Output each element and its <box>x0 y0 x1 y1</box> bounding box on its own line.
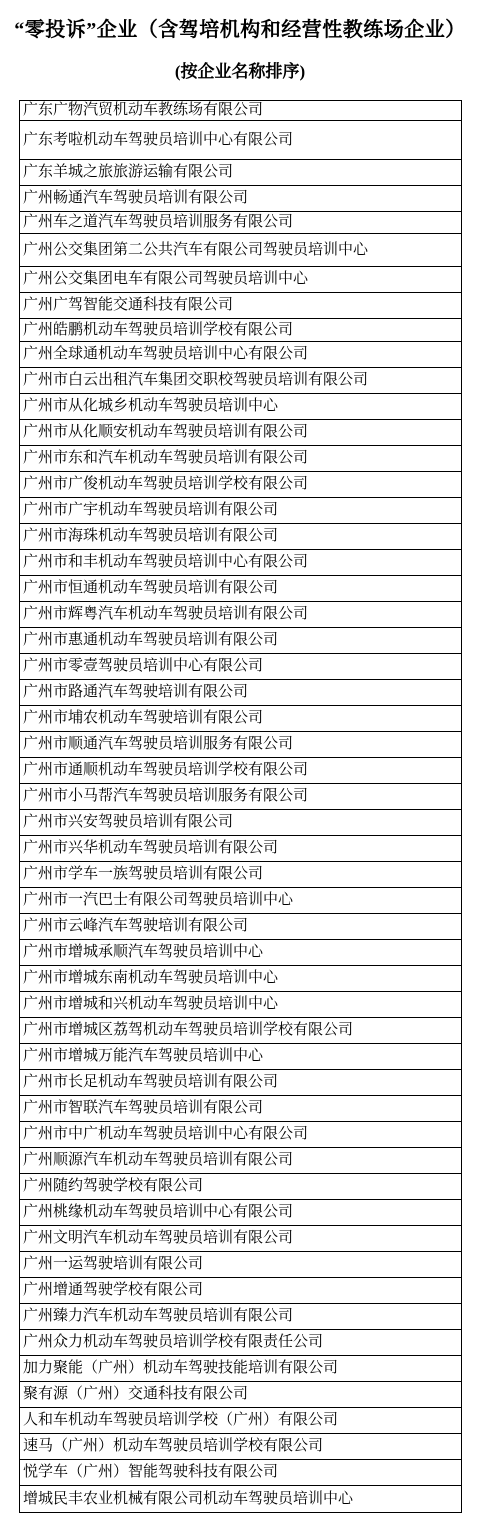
table-row: 广州臻力汽车机动车驾驶员培训有限公司 <box>20 1304 461 1330</box>
table-row: 广州众力机动车驾驶员培训学校有限责任公司 <box>20 1330 461 1356</box>
company-name: 广东羊城之旅旅游运输有限公司 <box>23 164 233 181</box>
company-name: 广州市惠通机动车驾驶员培训有限公司 <box>23 632 278 649</box>
company-name: 人和车机动车驾驶员培训学校（广州）有限公司 <box>23 1412 338 1429</box>
company-name: 广州市增城和兴机动车驾驶员培训中心 <box>23 996 278 1013</box>
table-row: 广州市路通汽车驾驶培训有限公司 <box>20 680 461 706</box>
company-name: 广州公交集团电车有限公司驾驶员培训中心 <box>23 271 308 288</box>
table-row: 广州市长足机动车驾驶员培训有限公司 <box>20 1070 461 1096</box>
table-row: 广州市从化城乡机动车驾驶员培训中心 <box>20 394 461 420</box>
table-row: 广州市智联汽车驾驶员培训有限公司 <box>20 1096 461 1122</box>
table-row: 广州市兴安驾驶员培训有限公司 <box>20 810 461 836</box>
table-row: 广东羊城之旅旅游运输有限公司 <box>20 160 461 186</box>
company-name: 广州市兴安驾驶员培训有限公司 <box>23 814 233 831</box>
company-name: 广州市埔农机动车驾驶培训有限公司 <box>23 710 263 727</box>
company-name: 广州皓鹏机动车驾驶员培训学校有限公司 <box>23 322 293 339</box>
company-name: 悦学车（广州）智能驾驶科技有限公司 <box>23 1464 278 1481</box>
company-name: 广州市零壹驾驶员培训中心有限公司 <box>23 658 263 675</box>
page-subtitle: (按企业名称排序) <box>0 62 480 82</box>
table-row: 广州畅通汽车驾驶员培训有限公司 <box>20 186 461 212</box>
company-name: 广州市一汽巴士有限公司驾驶员培训中心 <box>23 892 293 909</box>
company-name: 广州市增城东南机动车驾驶员培训中心 <box>23 970 278 987</box>
company-name: 广州市辉粤汽车机动车驾驶员培训有限公司 <box>23 606 308 623</box>
table-row: 广州市广俊机动车驾驶员培训学校有限公司 <box>20 472 461 498</box>
company-name: 广州公交集团第二公共汽车有限公司驾驶员培训中心 <box>23 242 368 259</box>
table-row: 广州市增城承顺汽车驾驶员培训中心 <box>20 940 461 966</box>
company-name: 广州车之道汽车驾驶员培训服务有限公司 <box>23 214 293 231</box>
table-row: 广州市小马帮汽车驾驶员培训服务有限公司 <box>20 784 461 810</box>
company-name: 广州市智联汽车驾驶员培训有限公司 <box>23 1100 263 1117</box>
table-row: 广州市海珠机动车驾驶员培训有限公司 <box>20 524 461 550</box>
company-name: 广州市中广机动车驾驶员培训中心有限公司 <box>23 1126 308 1143</box>
table-row: 广州文明汽车机动车驾驶员培训有限公司 <box>20 1226 461 1252</box>
table-row: 广州市增城东南机动车驾驶员培训中心 <box>20 966 461 992</box>
company-name: 广州市恒通机动车驾驶员培训有限公司 <box>23 580 278 597</box>
company-name: 广州市从化顺安机动车驾驶员培训有限公司 <box>23 424 308 441</box>
page-title: “零投诉”企业（含驾培机构和经营性教练场企业） <box>8 18 472 42</box>
company-name: 广州市路通汽车驾驶培训有限公司 <box>23 684 248 701</box>
table-row: 广东广物汽贸机动车教练场有限公司 <box>20 101 461 121</box>
company-name: 广州市增城万能汽车驾驶员培训中心 <box>23 1048 263 1065</box>
table-row: 广州市增城区荔驾机动车驾驶员培训学校有限公司 <box>20 1018 461 1044</box>
table-row: 广州市白云出租汽车集团交职校驾驶员培训有限公司 <box>20 368 461 394</box>
table-row: 广州市和丰机动车驾驶员培训中心有限公司 <box>20 550 461 576</box>
table-row: 广州广驾智能交通科技有限公司 <box>20 293 461 319</box>
table-row: 广东考啦机动车驾驶员培训中心有限公司 <box>20 121 461 160</box>
company-name: 广州桃缘机动车驾驶员培训中心有限公司 <box>23 1204 293 1221</box>
company-name: 广州市长足机动车驾驶员培训有限公司 <box>23 1074 278 1091</box>
table-row: 加力聚能（广州）机动车驾驶技能培训有限公司 <box>20 1356 461 1382</box>
company-name: 广州市和丰机动车驾驶员培训中心有限公司 <box>23 554 308 571</box>
company-table: 广东广物汽贸机动车教练场有限公司 广东考啦机动车驾驶员培训中心有限公司 广东羊城… <box>19 100 462 1513</box>
table-row: 广州市零壹驾驶员培训中心有限公司 <box>20 654 461 680</box>
table-row: 广州增通驾驶学校有限公司 <box>20 1278 461 1304</box>
company-name: 广州全球通机动车驾驶员培训中心有限公司 <box>23 346 308 363</box>
table-row: 广州市恒通机动车驾驶员培训有限公司 <box>20 576 461 602</box>
table-row: 广州公交集团电车有限公司驾驶员培训中心 <box>20 267 461 293</box>
table-row: 广州随约驾驶学校有限公司 <box>20 1174 461 1200</box>
table-row: 广州市惠通机动车驾驶员培训有限公司 <box>20 628 461 654</box>
table-row: 广州市通顺机动车驾驶员培训学校有限公司 <box>20 758 461 784</box>
company-name: 广州市广俊机动车驾驶员培训学校有限公司 <box>23 476 308 493</box>
company-name: 广州市小马帮汽车驾驶员培训服务有限公司 <box>23 788 308 805</box>
company-name: 广州增通驾驶学校有限公司 <box>23 1282 203 1299</box>
company-name: 广州众力机动车驾驶员培训学校有限责任公司 <box>23 1334 323 1351</box>
table-row: 人和车机动车驾驶员培训学校（广州）有限公司 <box>20 1408 461 1434</box>
company-name: 广州市顺通汽车驾驶员培训服务有限公司 <box>23 736 293 753</box>
table-row: 广州市顺通汽车驾驶员培训服务有限公司 <box>20 732 461 758</box>
company-name: 聚有源（广州）交通科技有限公司 <box>23 1386 248 1403</box>
company-name: 广州市云峰汽车驾驶培训有限公司 <box>23 918 248 935</box>
table-row: 广州市东和汽车机动车驾驶员培训有限公司 <box>20 446 461 472</box>
table-row: 广州市埔农机动车驾驶培训有限公司 <box>20 706 461 732</box>
table-row: 广州顺源汽车机动车驾驶员培训有限公司 <box>20 1148 461 1174</box>
table-row: 广州市中广机动车驾驶员培训中心有限公司 <box>20 1122 461 1148</box>
table-row: 增城民丰农业机械有限公司机动车驾驶员培训中心 <box>20 1486 461 1512</box>
table-row: 广州市从化顺安机动车驾驶员培训有限公司 <box>20 420 461 446</box>
table-row: 广州全球通机动车驾驶员培训中心有限公司 <box>20 342 461 368</box>
table-row: 广州一运驾驶培训有限公司 <box>20 1252 461 1278</box>
company-name: 广州市增城承顺汽车驾驶员培训中心 <box>23 944 263 961</box>
company-name: 加力聚能（广州）机动车驾驶技能培训有限公司 <box>23 1360 338 1377</box>
company-name: 广州市东和汽车机动车驾驶员培训有限公司 <box>23 450 308 467</box>
company-name: 广州市增城区荔驾机动车驾驶员培训学校有限公司 <box>23 1022 353 1039</box>
company-name: 广州市通顺机动车驾驶员培训学校有限公司 <box>23 762 308 779</box>
table-row: 广州市辉粤汽车机动车驾驶员培训有限公司 <box>20 602 461 628</box>
table-row: 广州车之道汽车驾驶员培训服务有限公司 <box>20 212 461 234</box>
table-row: 广州公交集团第二公共汽车有限公司驾驶员培训中心 <box>20 234 461 267</box>
company-name: 广州市海珠机动车驾驶员培训有限公司 <box>23 528 278 545</box>
table-row: 广州市广宇机动车驾驶员培训有限公司 <box>20 498 461 524</box>
company-name: 速马（广州）机动车驾驶员培训学校有限公司 <box>23 1438 323 1455</box>
company-name: 广州市从化城乡机动车驾驶员培训中心 <box>23 398 278 415</box>
company-name: 广州臻力汽车机动车驾驶员培训有限公司 <box>23 1308 293 1325</box>
company-name: 广州随约驾驶学校有限公司 <box>23 1178 203 1195</box>
table-row: 广州市云峰汽车驾驶培训有限公司 <box>20 914 461 940</box>
company-name: 广州市广宇机动车驾驶员培训有限公司 <box>23 502 278 519</box>
table-row: 广州皓鹏机动车驾驶员培训学校有限公司 <box>20 319 461 342</box>
table-row: 广州市学车一族驾驶员培训有限公司 <box>20 862 461 888</box>
company-name: 广州顺源汽车机动车驾驶员培训有限公司 <box>23 1152 293 1169</box>
company-name: 广州市白云出租汽车集团交职校驾驶员培训有限公司 <box>23 372 368 389</box>
company-name: 广州一运驾驶培训有限公司 <box>23 1256 203 1273</box>
table-row: 聚有源（广州）交通科技有限公司 <box>20 1382 461 1408</box>
table-row: 广州市增城和兴机动车驾驶员培训中心 <box>20 992 461 1018</box>
company-name: 广东广物汽贸机动车教练场有限公司 <box>23 102 263 119</box>
table-row: 广州市一汽巴士有限公司驾驶员培训中心 <box>20 888 461 914</box>
company-name: 广东考啦机动车驾驶员培训中心有限公司 <box>23 132 293 149</box>
table-row: 广州市增城万能汽车驾驶员培训中心 <box>20 1044 461 1070</box>
table-row: 悦学车（广州）智能驾驶科技有限公司 <box>20 1460 461 1486</box>
company-name: 广州畅通汽车驾驶员培训有限公司 <box>23 190 248 207</box>
table-row: 广州桃缘机动车驾驶员培训中心有限公司 <box>20 1200 461 1226</box>
company-name: 广州市学车一族驾驶员培训有限公司 <box>23 866 263 883</box>
company-name: 增城民丰农业机械有限公司机动车驾驶员培训中心 <box>23 1491 353 1508</box>
company-name: 广州文明汽车机动车驾驶员培训有限公司 <box>23 1230 293 1247</box>
table-row: 速马（广州）机动车驾驶员培训学校有限公司 <box>20 1434 461 1460</box>
company-name: 广州广驾智能交通科技有限公司 <box>23 297 233 314</box>
company-name: 广州市兴华机动车驾驶员培训有限公司 <box>23 840 278 857</box>
table-row: 广州市兴华机动车驾驶员培训有限公司 <box>20 836 461 862</box>
